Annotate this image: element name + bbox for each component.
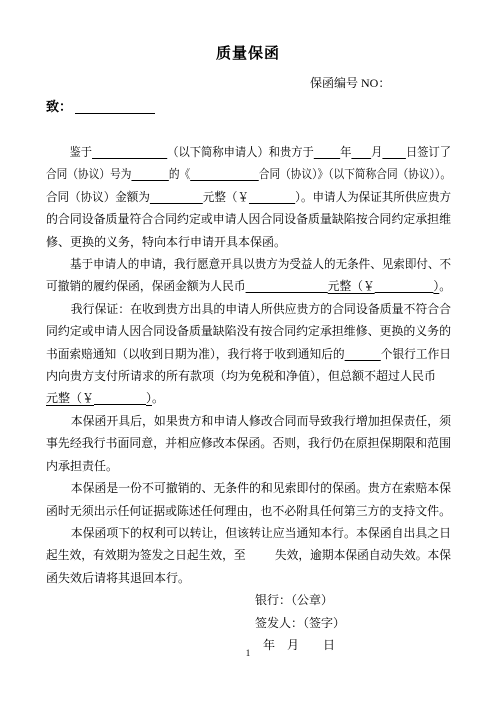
blank-field <box>345 348 381 361</box>
blank-gap <box>246 550 275 562</box>
text-line: 基于申请人的申请，我行愿意开具以贵方为受益人的无条件、见索即付、不 <box>46 253 436 275</box>
text-line: 事先经我行书面同意，并相应修改本保函。否则，我行仍在原担保期限和范围 <box>46 432 448 454</box>
text-line: 修、更换的义务，特向本行申请开具本保函。 <box>46 231 451 253</box>
text-segment: 。 <box>439 279 451 293</box>
text-segment: 鉴于 <box>69 145 92 159</box>
text-line: 可撤销的履约保函，保函金额为人民币元整（￥）。 <box>46 275 442 297</box>
text-line: 本保函是一份不可撤销的、无条件的和见索即付的保函。贵方在索赔本保 <box>46 477 447 499</box>
text-segment: ）。申请人为保证其所供应贵方 <box>295 190 451 204</box>
text-segment: 基于申请人的申请，我行愿意开具以贵方为受益人的无条件、见索即付、不 <box>70 257 451 271</box>
underlined-text: 元整（￥ <box>46 391 94 406</box>
text-segment: 事先经我行书面同意，并相应修改本保函。否则，我行仍在原担保期限和范围 <box>46 436 451 450</box>
page-title: 质量保函 <box>0 0 496 62</box>
blank-field <box>150 191 203 204</box>
blank-field <box>351 146 371 159</box>
blank-field <box>246 280 328 293</box>
text-segment: 修、更换的义务，特向本行申请开具本保函。 <box>46 235 286 249</box>
text-line: 本保函项下的权利可以转让，但该转让应当通知本行。本保函自出具之日 <box>46 522 447 544</box>
guarantee-number-line: 保函编号 NO： <box>0 77 496 90</box>
text-segment: 内向贵方支付所请求的所有款项（均为免税和净值），但总额不超过人民币 <box>46 369 436 383</box>
text-segment: 元整（￥ <box>203 190 249 204</box>
blank-field <box>375 280 434 293</box>
document-page: 质量保函 保函编号 NO： 致： 鉴于（以下简称申请人）和贵方于年月日签订了合同… <box>0 0 496 702</box>
blank-field <box>131 168 168 181</box>
text-segment: 的合同设备质量符合合同约定或申请人因合同设备质量缺陷按合同约定承担维 <box>46 212 451 226</box>
text-segment: 失效，逾期本保函自动失效。本保 <box>275 548 451 562</box>
text-line: 我行保证：在收到贵方出具的申请人所供应贵方的合同设备质量不符合合 <box>46 298 447 320</box>
document-body: 鉴于（以下简称申请人）和贵方于年月日签订了合同（协议）号为的《合同（协议）》（以… <box>0 141 496 589</box>
text-line: 函失效后请将其退回本行。 <box>46 567 451 589</box>
text-segment: 本保函开具后，如果贵方和申请人修改合同而导致我行增加担保责任，须 <box>71 414 451 428</box>
guarantee-number-label: 保函编号 NO： <box>310 76 390 90</box>
text-segment: 函时无须出示任何证据或陈述任何理由，也不必附具任何第三方的支持文件。 <box>46 504 451 518</box>
text-line: 起生效，有效期为签发之日起生效，至失效，逾期本保函自动失效。本保 <box>46 544 442 566</box>
blank-field <box>92 146 167 159</box>
text-segment: 。 <box>152 391 164 405</box>
text-line: 内向贵方支付所请求的所有款项（均为免税和净值），但总额不超过人民币 <box>46 365 451 387</box>
text-line: 本保函开具后，如果贵方和申请人修改合同而导致我行增加担保责任，须 <box>46 410 447 432</box>
text-segment: 合同（协议）》（以下简称合同（协议））。 <box>259 167 451 181</box>
text-segment: 我行保证：在收到贵方出具的申请人所供应贵方的合同设备质量不符合合 <box>71 302 451 316</box>
blank-field <box>94 392 146 405</box>
blank-field <box>190 168 259 181</box>
signature-block: 银行：（公章） 签发人：（签字） 年 月 日 <box>0 589 496 656</box>
text-line: 同约定或申请人因合同设备质量缺陷没有按合同约定承担维修、更换的义务的 <box>46 320 448 342</box>
text-line: 书面索赔通知（以收到日期为准），我行将于收到通知后的个银行工作日 <box>46 343 441 365</box>
text-segment: 同约定或申请人因合同设备质量缺陷没有按合同约定承担维修、更换的义务的 <box>46 324 451 338</box>
issuer-signature-line: 签发人：（签字） <box>255 612 496 634</box>
text-segment: 日签订了 <box>406 145 451 159</box>
text-line: 鉴于（以下简称申请人）和贵方于年月日签订了 <box>46 141 427 163</box>
text-line: 合同（协议）金额为元整（￥）。申请人为保证其所供应贵方 <box>46 186 436 208</box>
text-segment: 可撤销的履约保函，保函金额为人民币 <box>46 279 246 293</box>
addressee-line: 致： <box>0 99 496 114</box>
text-segment: 内承担责任。 <box>46 459 118 473</box>
addressee-label: 致： <box>46 99 72 114</box>
text-segment: （以下简称申请人）和贵方于 <box>167 145 314 159</box>
text-segment: 书面索赔通知（以收到日期为准），我行将于收到通知后的 <box>46 347 345 361</box>
text-line: 函时无须出示任何证据或陈述任何理由，也不必附具任何第三方的支持文件。 <box>46 500 448 522</box>
page-number: 1 <box>0 648 496 658</box>
text-line: 元整（￥）。 <box>46 387 451 409</box>
addressee-blank-field <box>75 101 155 114</box>
text-segment: 合同（协议）金额为 <box>46 190 150 204</box>
text-segment: 个银行工作日 <box>381 347 451 361</box>
blank-field <box>249 191 295 204</box>
text-segment: 起生效，有效期为签发之日起生效，至 <box>46 548 246 562</box>
text-segment: 本保函项下的权利可以转让，但该转让应当通知本行。本保函自出具之日 <box>71 526 451 540</box>
blank-field <box>314 146 340 159</box>
text-segment: 本保函是一份不可撤销的、无条件的和见索即付的保函。贵方在索赔本保 <box>71 481 451 495</box>
blank-field <box>382 146 405 159</box>
text-segment: 月 <box>371 145 382 159</box>
text-segment: 合同（协议）号为 <box>46 167 131 181</box>
bank-seal-line: 银行：（公章） <box>255 589 496 611</box>
text-line: 内承担责任。 <box>46 455 451 477</box>
text-segment: 的《 <box>169 167 190 181</box>
text-line: 合同（协议）号为的《合同（协议）》（以下简称合同（协议））。 <box>46 163 406 185</box>
text-segment: 年 <box>340 145 351 159</box>
underlined-text: 元整（￥ <box>328 279 375 294</box>
text-line: 的合同设备质量符合合同约定或申请人因合同设备质量缺陷按合同约定承担维 <box>46 208 448 230</box>
text-segment: 函失效后请将其退回本行。 <box>46 571 190 585</box>
